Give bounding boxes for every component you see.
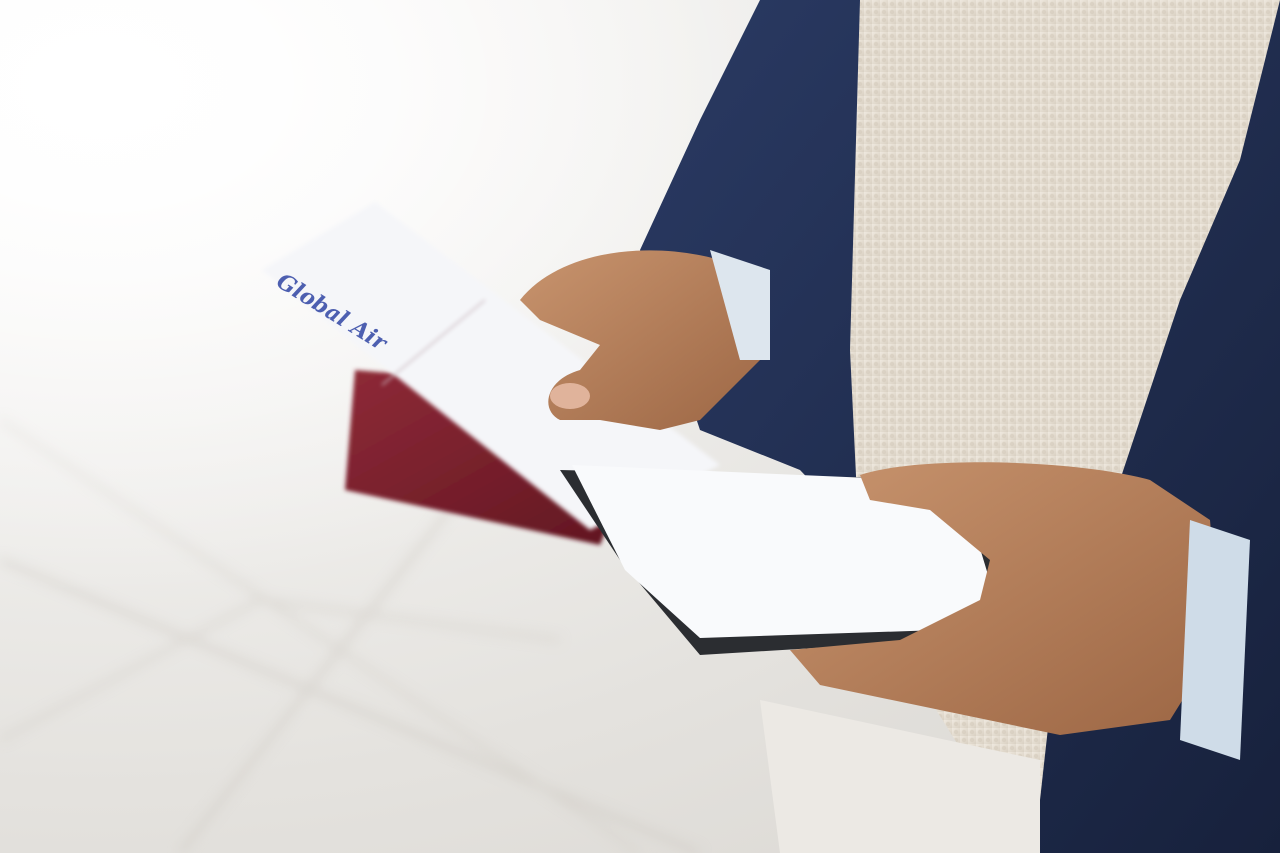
airline-label: Global Air (12, 831, 60, 843)
photo-scene: Global Air (0, 0, 1280, 853)
